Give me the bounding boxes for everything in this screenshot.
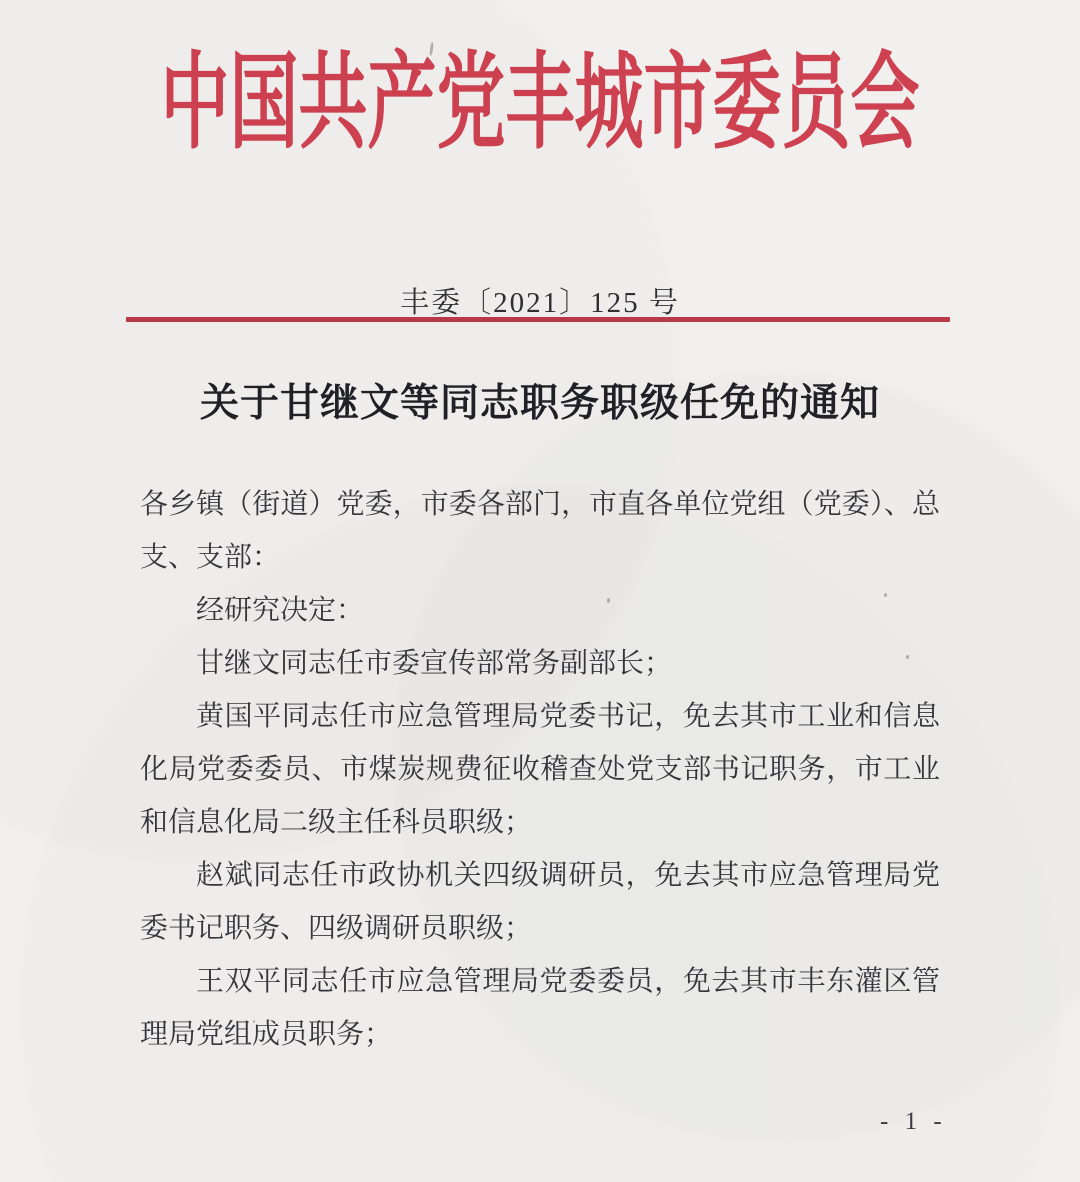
appointment-paragraph: 王双平同志任市应急管理局党委委员，免去其市丰东灌区管理局党组成员职务； — [140, 955, 940, 1061]
scanned-official-document: 中国共产党丰城市委员会 丰委〔2021〕125 号 关于甘继文等同志职务职级任免… — [0, 0, 1080, 1182]
decision-lead-paragraph: 经研究决定： — [140, 584, 940, 637]
appointment-paragraph: 赵斌同志任市政协机关四级调研员，免去其市应急管理局党委书记职务、四级调研员职级； — [140, 849, 940, 955]
salutation-paragraph: 各乡镇（街道）党委，市委各部门，市直各单位党组（党委）、总支、支部： — [140, 478, 940, 584]
appointment-paragraph: 甘继文同志任市委宣传部常务副部长； — [140, 637, 940, 690]
appointment-paragraph: 黄国平同志任市应急管理局党委书记，免去其市工业和信息化局党委委员、市煤炭规费征收… — [140, 690, 940, 849]
document-reference-number: 丰委〔2021〕125 号 — [0, 280, 1080, 321]
document-title: 关于甘继文等同志职务职级任免的通知 — [0, 372, 1080, 428]
page-number: - 1 - — [880, 1108, 947, 1136]
issuing-authority-title: 中国共产党丰城市委员会 — [0, 52, 1080, 157]
red-divider-rule — [126, 317, 950, 322]
document-body: 各乡镇（街道）党委，市委各部门，市直各单位党组（党委）、总支、支部： 经研究决定… — [140, 478, 940, 1061]
